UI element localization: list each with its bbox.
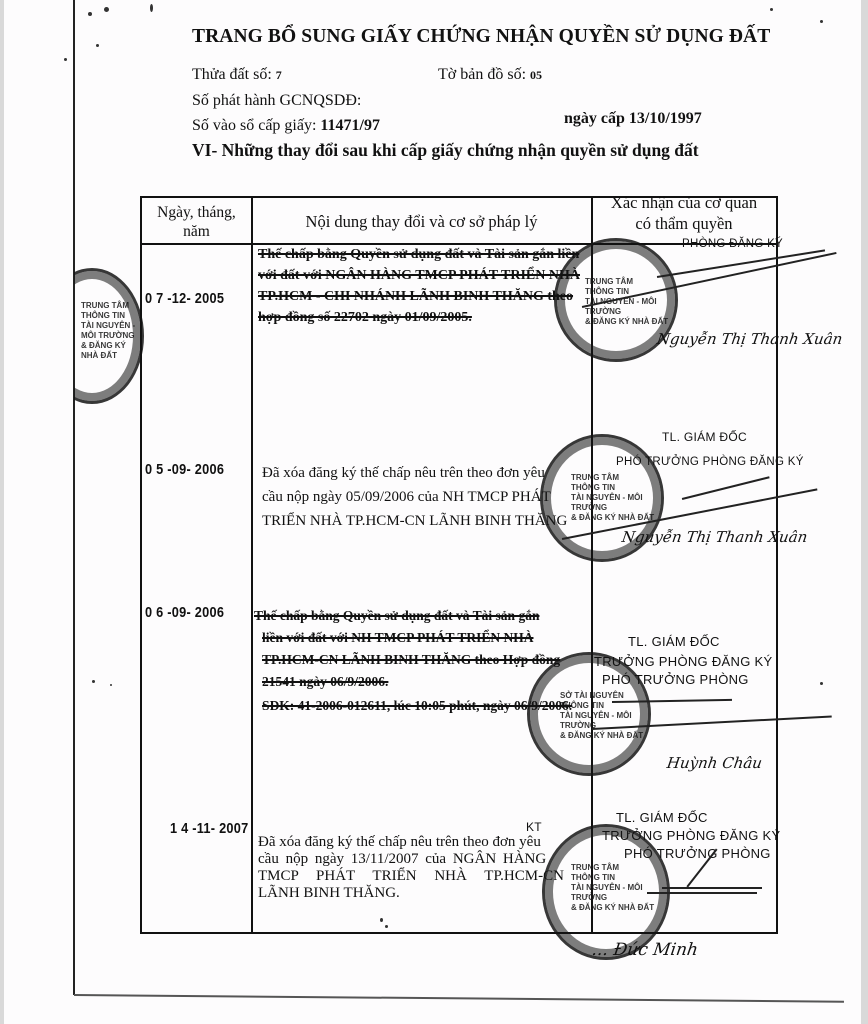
page-frame-left [73, 0, 75, 995]
header-content: Nội dung thay đổi và cơ sở pháp lý [252, 212, 591, 231]
margin-stamp: TRUNG TÂM THÔNG TIN TÀI NGUYÊN - MÔI TRƯ… [40, 268, 144, 404]
map-sheet-label: Tờ bản đồ số: [438, 66, 526, 83]
issue-number: Số phát hành GCNQSDĐ: [192, 92, 361, 110]
scan-speck [96, 44, 99, 47]
page-frame-bottom [74, 994, 844, 1003]
row-3-confirmation-deputy: PHÓ TRƯỞNG PHÒNG [602, 672, 749, 687]
viewer-edge-right [861, 0, 868, 1024]
section-title: VI- Những thay đổi sau khi cấp giấy chứn… [192, 140, 699, 161]
row-2-signature [682, 476, 770, 499]
row-3-content: Thế chấp bằng Quyền sử dụng đất và Tài s… [254, 605, 572, 717]
row-1-content: Thế chấp bằng Quyền sử dụng đất và Tài s… [258, 244, 580, 328]
row-4-date: 1 4 -11- 2007 [170, 820, 248, 837]
parcel-value: 7 [276, 68, 282, 82]
row-2-date: 0 5 -09- 2006 [145, 461, 224, 478]
issue-number-label: Số phát hành GCNQSDĐ: [192, 92, 361, 109]
row-4-signature-stroke [647, 892, 757, 894]
document-title: TRANG BỔ SUNG GIẤY CHỨNG NHẬN QUYỀN SỬ D… [192, 26, 770, 48]
changes-table: Ngày, tháng, năm Nội dung thay đổi và cơ… [140, 196, 778, 934]
issue-date: ngày cấp 13/10/1997 [564, 110, 702, 128]
registry-number: Số vào sổ cấp giấy: 11471/97 [192, 117, 380, 135]
map-sheet-number: Tờ bản đồ số: 05 [438, 66, 542, 84]
map-sheet-value: 05 [530, 68, 542, 82]
row-2-confirmation-office: PHÓ TRƯỞNG PHÒNG ĐĂNG KÝ [616, 456, 804, 468]
row-4-signer: ... Đức Minh [591, 940, 700, 960]
header-date: Ngày, tháng, năm [142, 203, 251, 241]
row-2-signer: Nguyễn Thị Thanh Xuân [621, 528, 809, 546]
row-3-confirmation-office: TRƯỞNG PHÒNG ĐĂNG KÝ [594, 654, 773, 669]
scan-speck [88, 12, 92, 16]
scan-speck [150, 4, 153, 12]
row-1-confirmation: PHÒNG ĐĂNG KÝ [682, 238, 783, 250]
issue-date-label: ngày cấp [564, 110, 625, 127]
registry-label: Số vào sổ cấp giấy: [192, 117, 316, 134]
margin-stamp-text: TRUNG TÂM THÔNG TIN TÀI NGUYÊN - MÔI TRƯ… [43, 301, 141, 361]
scan-speck [92, 680, 95, 683]
row-3-confirmation-title: TL. GIÁM ĐỐC [628, 634, 720, 649]
row-1-signer: Nguyễn Thị Thanh Xuân [656, 330, 844, 348]
scan-speck [820, 20, 823, 23]
row-4-signature [662, 887, 762, 889]
row-1-date: 0 7 -12- 2005 [145, 290, 224, 307]
scan-speck [110, 684, 112, 686]
row-4-content: Đã xóa đăng ký thế chấp nêu trên theo đơ… [258, 834, 564, 902]
parcel-label: Thửa đất số: [192, 66, 272, 83]
scan-speck [104, 7, 109, 12]
row-3-stamp: SỞ TÀI NGUYÊN THÔNG TIN TÀI NGUYÊN - MÔI… [527, 652, 651, 776]
scan-speck [64, 58, 67, 61]
row-3-signer: Huỳnh Châu [666, 754, 764, 772]
header-confirmation: Xác nhận của cơ quan có thẩm quyền [592, 190, 776, 234]
parcel-number: Thửa đất số: 7 [192, 66, 282, 84]
row-2-content: Đã xóa đăng ký thế chấp nêu trên theo đơ… [262, 464, 567, 531]
registry-value: 11471/97 [320, 117, 380, 134]
row-3-date: 0 6 -09- 2006 [145, 604, 224, 621]
row-2-confirmation-title: TL. GIÁM ĐỐC [662, 430, 747, 444]
scan-speck [820, 682, 823, 685]
viewer-edge-left [0, 0, 4, 1024]
issue-date-value: 13/10/1997 [629, 110, 702, 127]
row-4-confirmation-office: TRƯỞNG PHÒNG ĐĂNG KÝ [602, 828, 781, 843]
scan-speck [770, 8, 773, 11]
row-4-confirmation-kt: KT [526, 820, 542, 834]
row-4-confirmation-deputy: PHÓ TRƯỞNG PHÒNG [624, 846, 771, 861]
row-4-confirmation-title: TL. GIÁM ĐỐC [616, 810, 708, 825]
column-divider [251, 198, 253, 932]
